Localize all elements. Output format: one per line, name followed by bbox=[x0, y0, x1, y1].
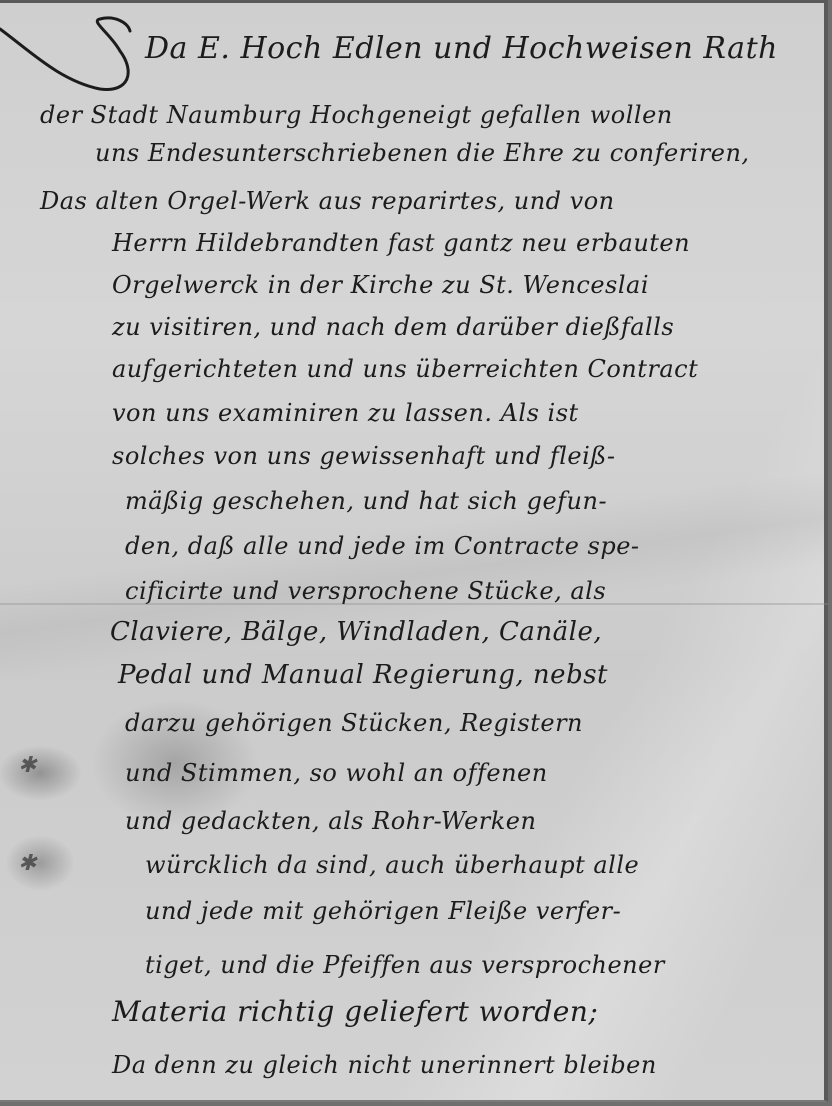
manuscript-line: von uns examiniren zu lassen. Als ist bbox=[112, 399, 579, 427]
manuscript-line: und Stimmen, so wohl an offenen bbox=[125, 759, 548, 787]
manuscript-line: aufgerichteten und uns überreichten Cont… bbox=[112, 355, 698, 383]
manuscript-page: Da E. Hoch Edlen und Hochweisen Rathder … bbox=[0, 0, 828, 1102]
manuscript-line: Herrn Hildebrandten fast gantz neu erbau… bbox=[112, 229, 690, 257]
manuscript-line: den, daß alle und jede im Contracte spe- bbox=[125, 532, 640, 560]
manuscript-line: zu visitiren, und nach dem darüber dießf… bbox=[112, 313, 674, 341]
manuscript-text: Da E. Hoch Edlen und Hochweisen Rathder … bbox=[0, 3, 832, 1106]
manuscript-line: cificirte und versprochene Stücke, als bbox=[125, 577, 606, 605]
manuscript-line: der Stadt Naumburg Hochgeneigt gefallen … bbox=[40, 101, 673, 129]
manuscript-line: Da denn zu gleich nicht unerinnert bleib… bbox=[112, 1051, 657, 1079]
manuscript-line: Pedal und Manual Regierung, nebst bbox=[118, 660, 608, 690]
manuscript-line: und jede mit gehörigen Fleiße verfer- bbox=[145, 897, 621, 925]
manuscript-line: Da E. Hoch Edlen und Hochweisen Rath bbox=[145, 31, 778, 66]
manuscript-line: Claviere, Bälge, Windladen, Canäle, bbox=[110, 617, 602, 647]
manuscript-line: darzu gehörigen Stücken, Registern bbox=[125, 709, 583, 737]
margin-mark: ✱ bbox=[18, 851, 36, 876]
manuscript-line: tiget, und die Pfeiffen aus versprochene… bbox=[145, 951, 665, 979]
manuscript-line: würcklich da sind, auch überhaupt alle bbox=[145, 851, 639, 879]
manuscript-line: Orgelwerck in der Kirche zu St. Wencesla… bbox=[112, 271, 649, 299]
manuscript-line: und gedackten, als Rohr-Werken bbox=[125, 807, 536, 835]
manuscript-line: solches von uns gewissenhaft und fleiß- bbox=[112, 442, 615, 470]
manuscript-line: Das alten Orgel-Werk aus reparirtes, und… bbox=[40, 187, 615, 215]
manuscript-line: uns Endesunterschriebenen die Ehre zu co… bbox=[95, 139, 750, 167]
margin-mark: ✱ bbox=[18, 753, 36, 778]
manuscript-line: mäßig geschehen, und hat sich gefun- bbox=[125, 487, 607, 515]
manuscript-line: Materia richtig geliefert worden; bbox=[112, 995, 598, 1028]
